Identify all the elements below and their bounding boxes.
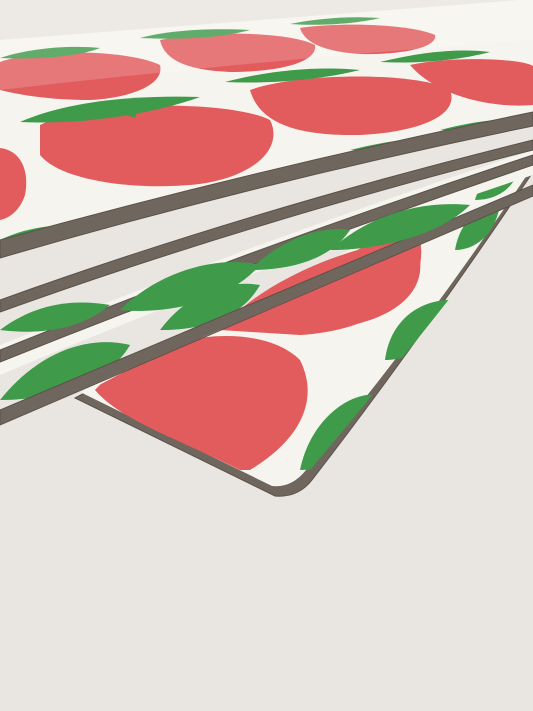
placemat-stack-photo [0, 0, 533, 711]
